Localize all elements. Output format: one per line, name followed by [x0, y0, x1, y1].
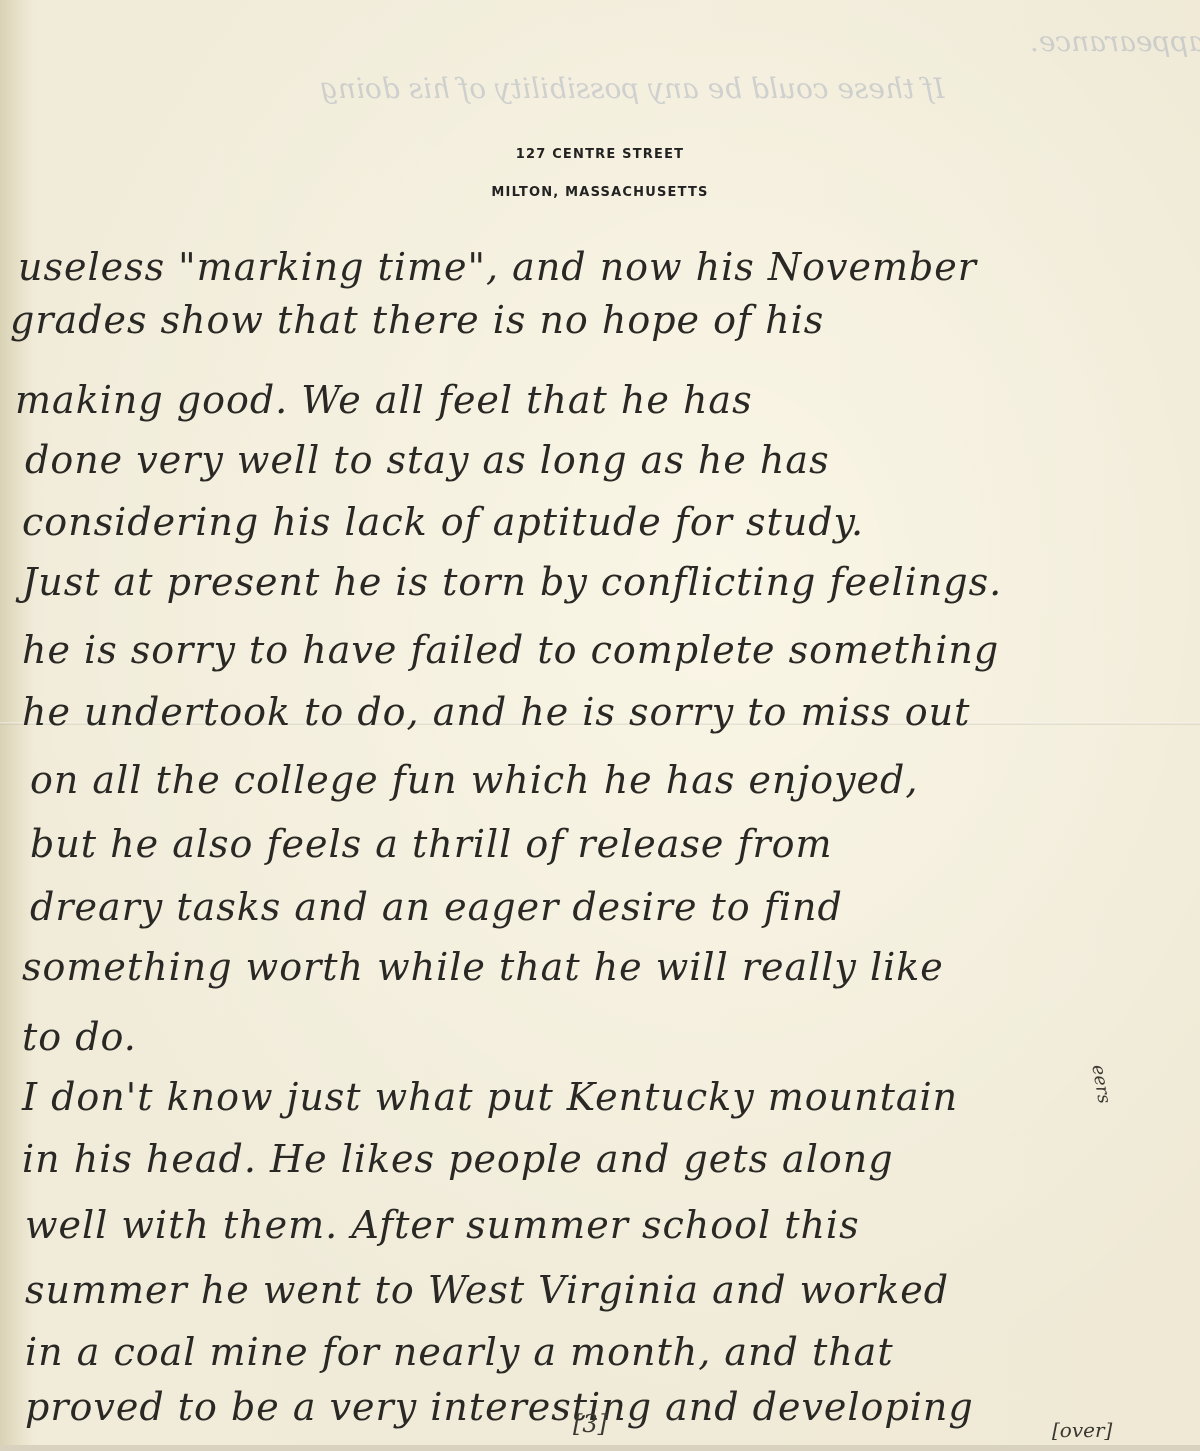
body-line: he undertook to do, and he is sorry to m… [22, 690, 970, 734]
body-line: I don't know just what put Kentucky moun… [22, 1075, 958, 1119]
body-line: in his head. He likes people and gets al… [22, 1137, 894, 1181]
continuation-note: [over] [1052, 1418, 1112, 1442]
body-line: dreary tasks and an eager desire to find [30, 885, 843, 929]
body-line: on all the college fun which he has enjo… [30, 758, 918, 802]
handwritten-body: useless "marking time", and now his Nove… [0, 0, 1200, 1451]
body-line: to do. [22, 1015, 137, 1059]
body-line: but he also feels a thrill of release fr… [30, 822, 833, 866]
body-line: considering his lack of aptitude for stu… [22, 500, 864, 544]
letter-page: appearance. If these could be any possib… [0, 0, 1200, 1451]
body-line: he is sorry to have failed to complete s… [22, 628, 999, 672]
body-line: useless "marking time", and now his Nove… [18, 245, 977, 289]
body-line: making good. We all feel that he has [15, 378, 753, 422]
body-line: in a coal mine for nearly a month, and t… [25, 1330, 894, 1374]
body-line: proved to be a very interesting and deve… [25, 1385, 974, 1429]
page-number: [3] [573, 1410, 607, 1438]
body-line: something worth while that he will reall… [22, 945, 944, 989]
body-line: grades show that there is no hope of his [10, 298, 824, 342]
body-line: done very well to stay as long as he has [25, 438, 830, 482]
body-line: well with them. After summer school this [25, 1203, 860, 1247]
body-line: summer he went to West Virginia and work… [25, 1268, 949, 1312]
body-line: Just at present he is torn by conflictin… [22, 560, 1002, 604]
